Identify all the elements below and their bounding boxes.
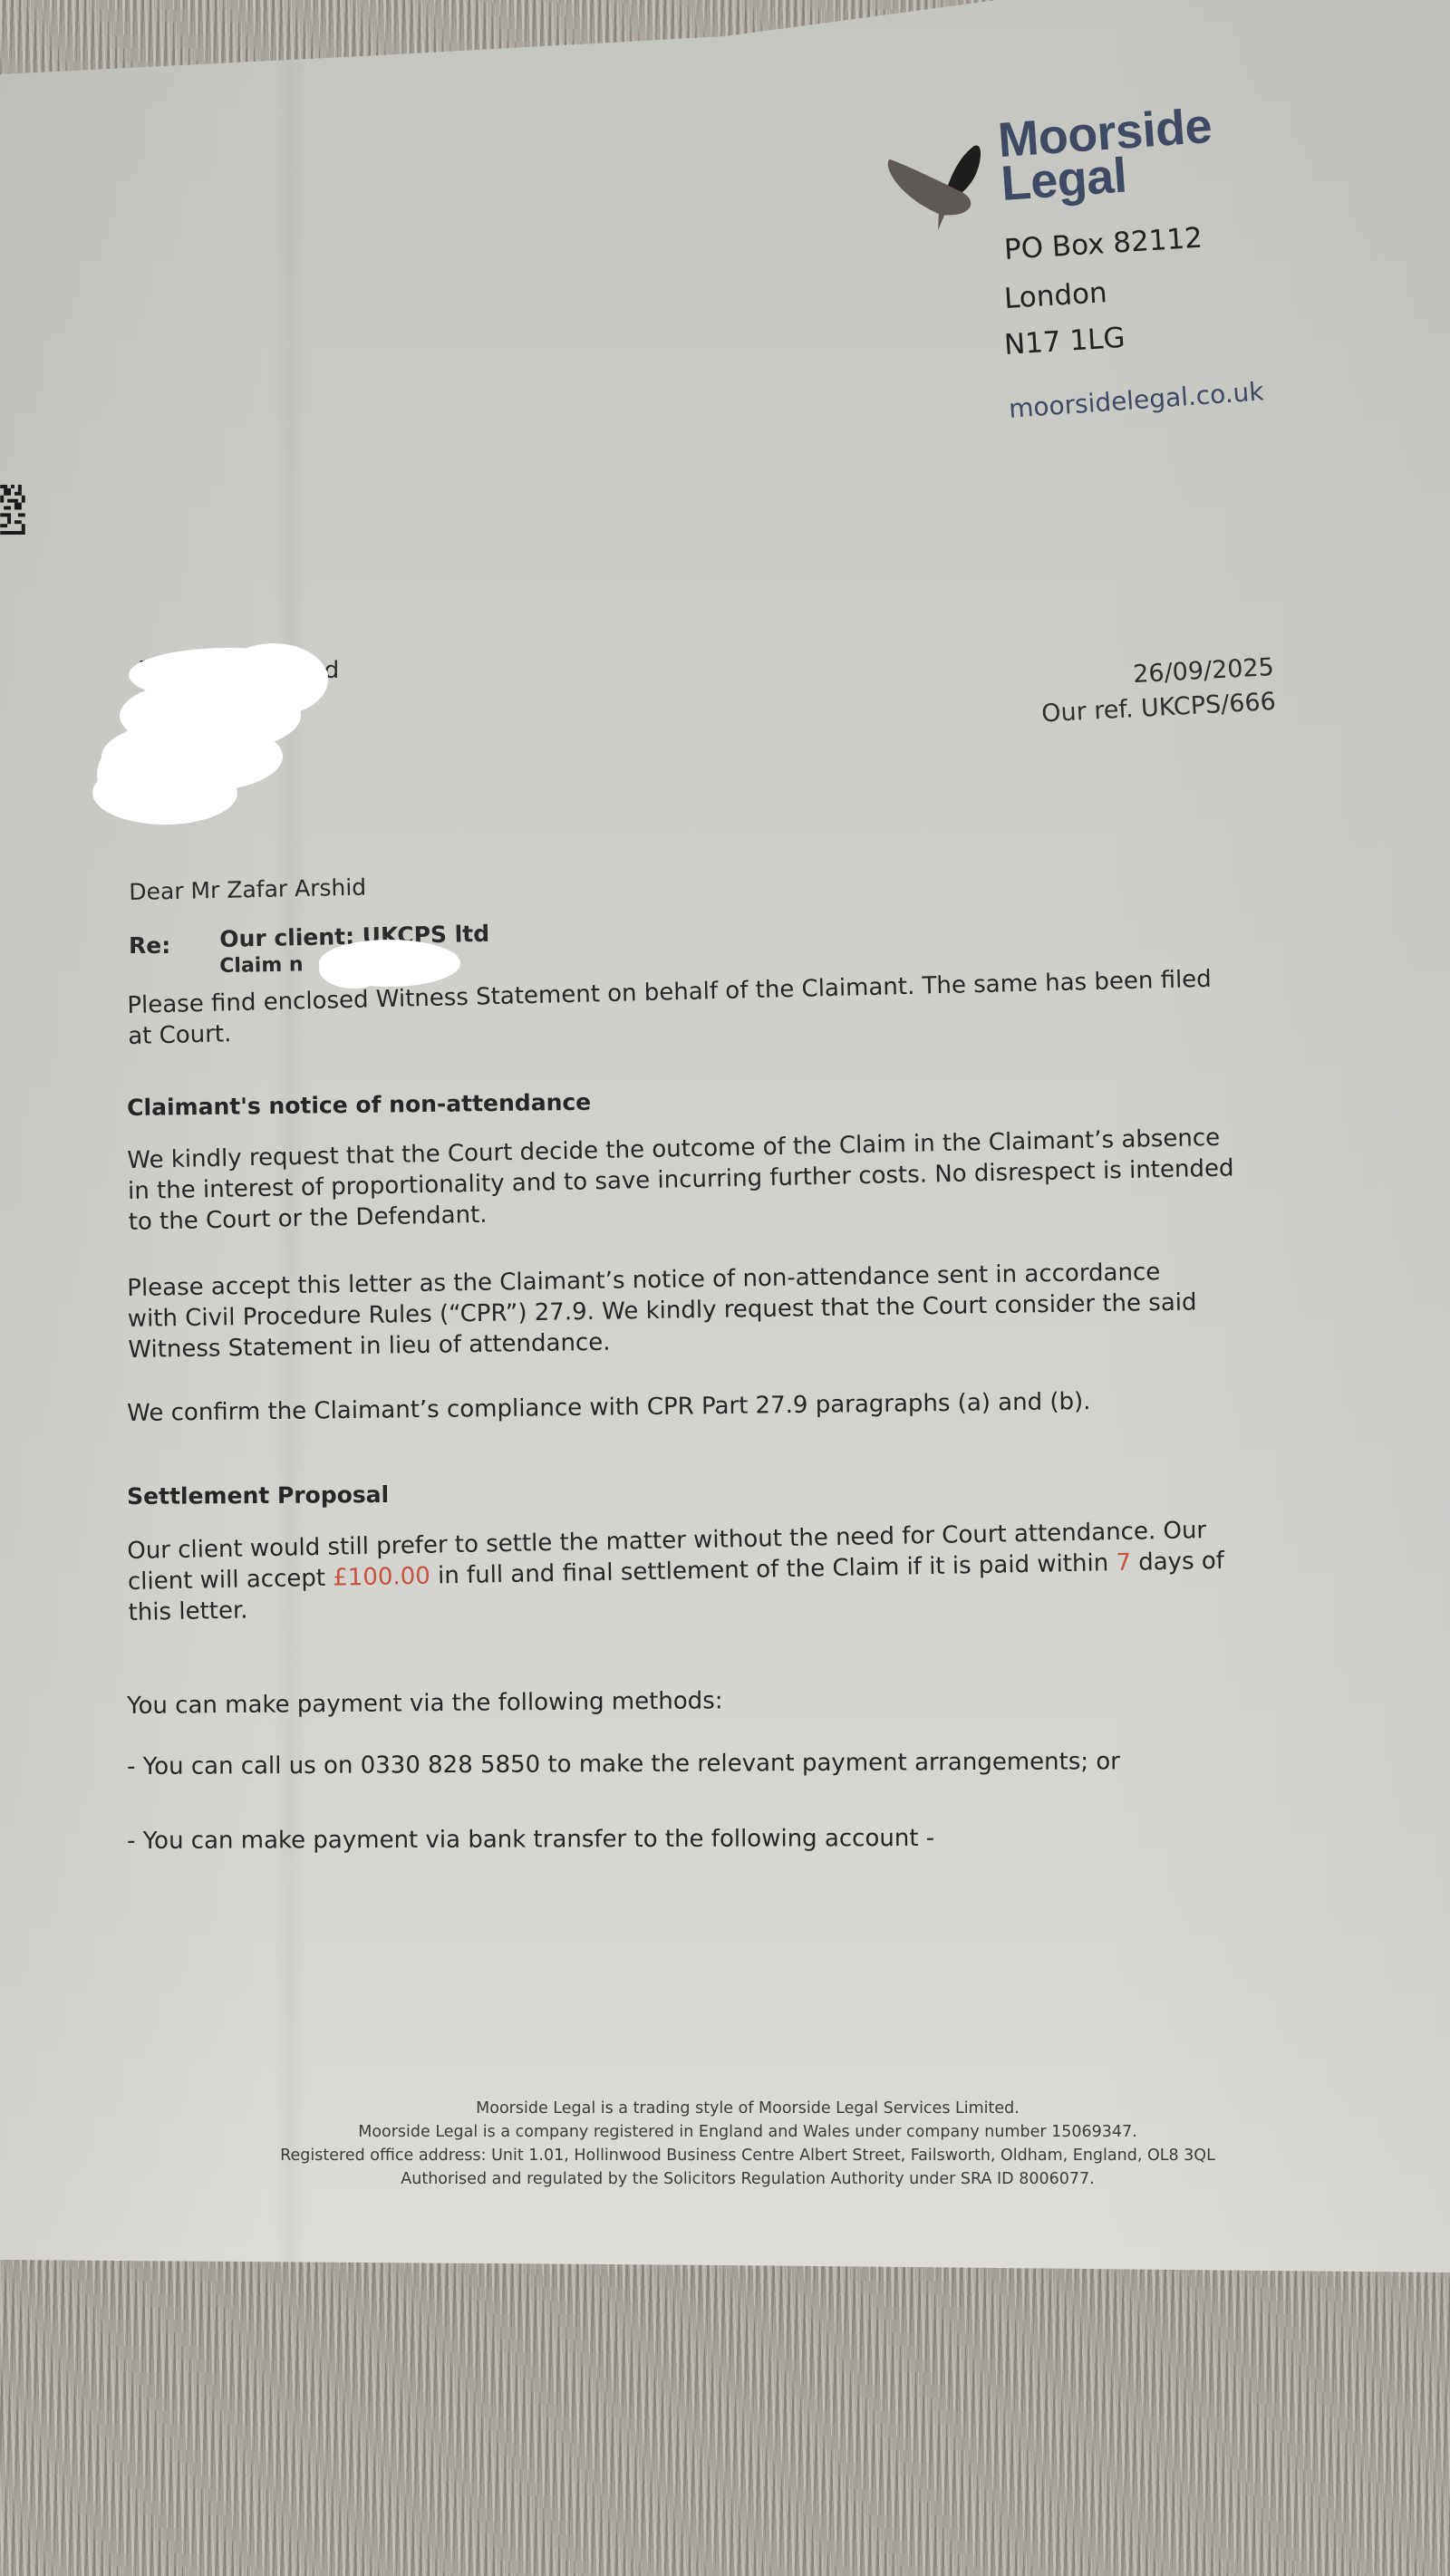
re-claim-number: Claim n: [219, 950, 304, 981]
heading-settlement: Settlement Proposal: [127, 1480, 389, 1512]
sender-address-line-2: London: [1003, 276, 1108, 315]
letter-document: Moorside Legal PO Box 82112 London N17 1…: [0, 0, 1450, 2576]
sender-address-line-1: PO Box 82112: [1003, 222, 1203, 266]
footer-line-3: Registered office address: Unit 1.01, Ho…: [181, 2144, 1314, 2167]
settlement-text: client will accept: [128, 1565, 333, 1596]
payment-intro: You can make payment via the following m…: [127, 1685, 723, 1722]
payment-method-phone: - You can call us on 0330 828 5850 to ma…: [127, 1746, 1120, 1782]
settlement-days: 7: [1116, 1549, 1131, 1577]
letter-footer: Moorside Legal is a trading style of Moo…: [181, 2097, 1314, 2191]
payment-method-bank: - You can make payment via bank transfer…: [127, 1823, 934, 1857]
non-attendance-paragraph-2: Please accept this letter as the Claiman…: [127, 1256, 1197, 1365]
heading-non-attendance: Claimant's notice of non-attendance: [127, 1087, 591, 1124]
footer-line-1: Moorside Legal is a trading style of Moo…: [181, 2097, 1314, 2120]
salutation: Dear Mr Zafar Arshid: [129, 873, 366, 907]
compliance-paragraph: We confirm the Claimant’s compliance wit…: [127, 1386, 1091, 1429]
settlement-amount: £100.00: [333, 1563, 430, 1592]
redaction-blob: [92, 639, 337, 834]
brand-name: Moorside Legal: [997, 104, 1216, 206]
settlement-text: days of: [1131, 1548, 1225, 1577]
sender-website: moorsidelegal.co.uk: [1008, 376, 1265, 424]
footer-line-2: Moorside Legal is a company registered i…: [181, 2120, 1314, 2144]
brand-line-2: Legal: [1000, 148, 1216, 206]
settlement-paragraph: Our client would still prefer to settle …: [127, 1515, 1225, 1628]
datamatrix-code-icon: [0, 485, 25, 535]
re-label: Re:: [129, 931, 170, 960]
footer-line-4: Authorised and regulated by the Solicito…: [181, 2167, 1314, 2191]
date-reference-block: 26/09/2025 Our ref. UKCPS/666: [1039, 651, 1277, 731]
non-attendance-paragraph-1: We kindly request that the Court decide …: [127, 1122, 1234, 1238]
bird-icon: [884, 136, 991, 233]
sender-address-line-3: N17 1LG: [1003, 322, 1126, 362]
